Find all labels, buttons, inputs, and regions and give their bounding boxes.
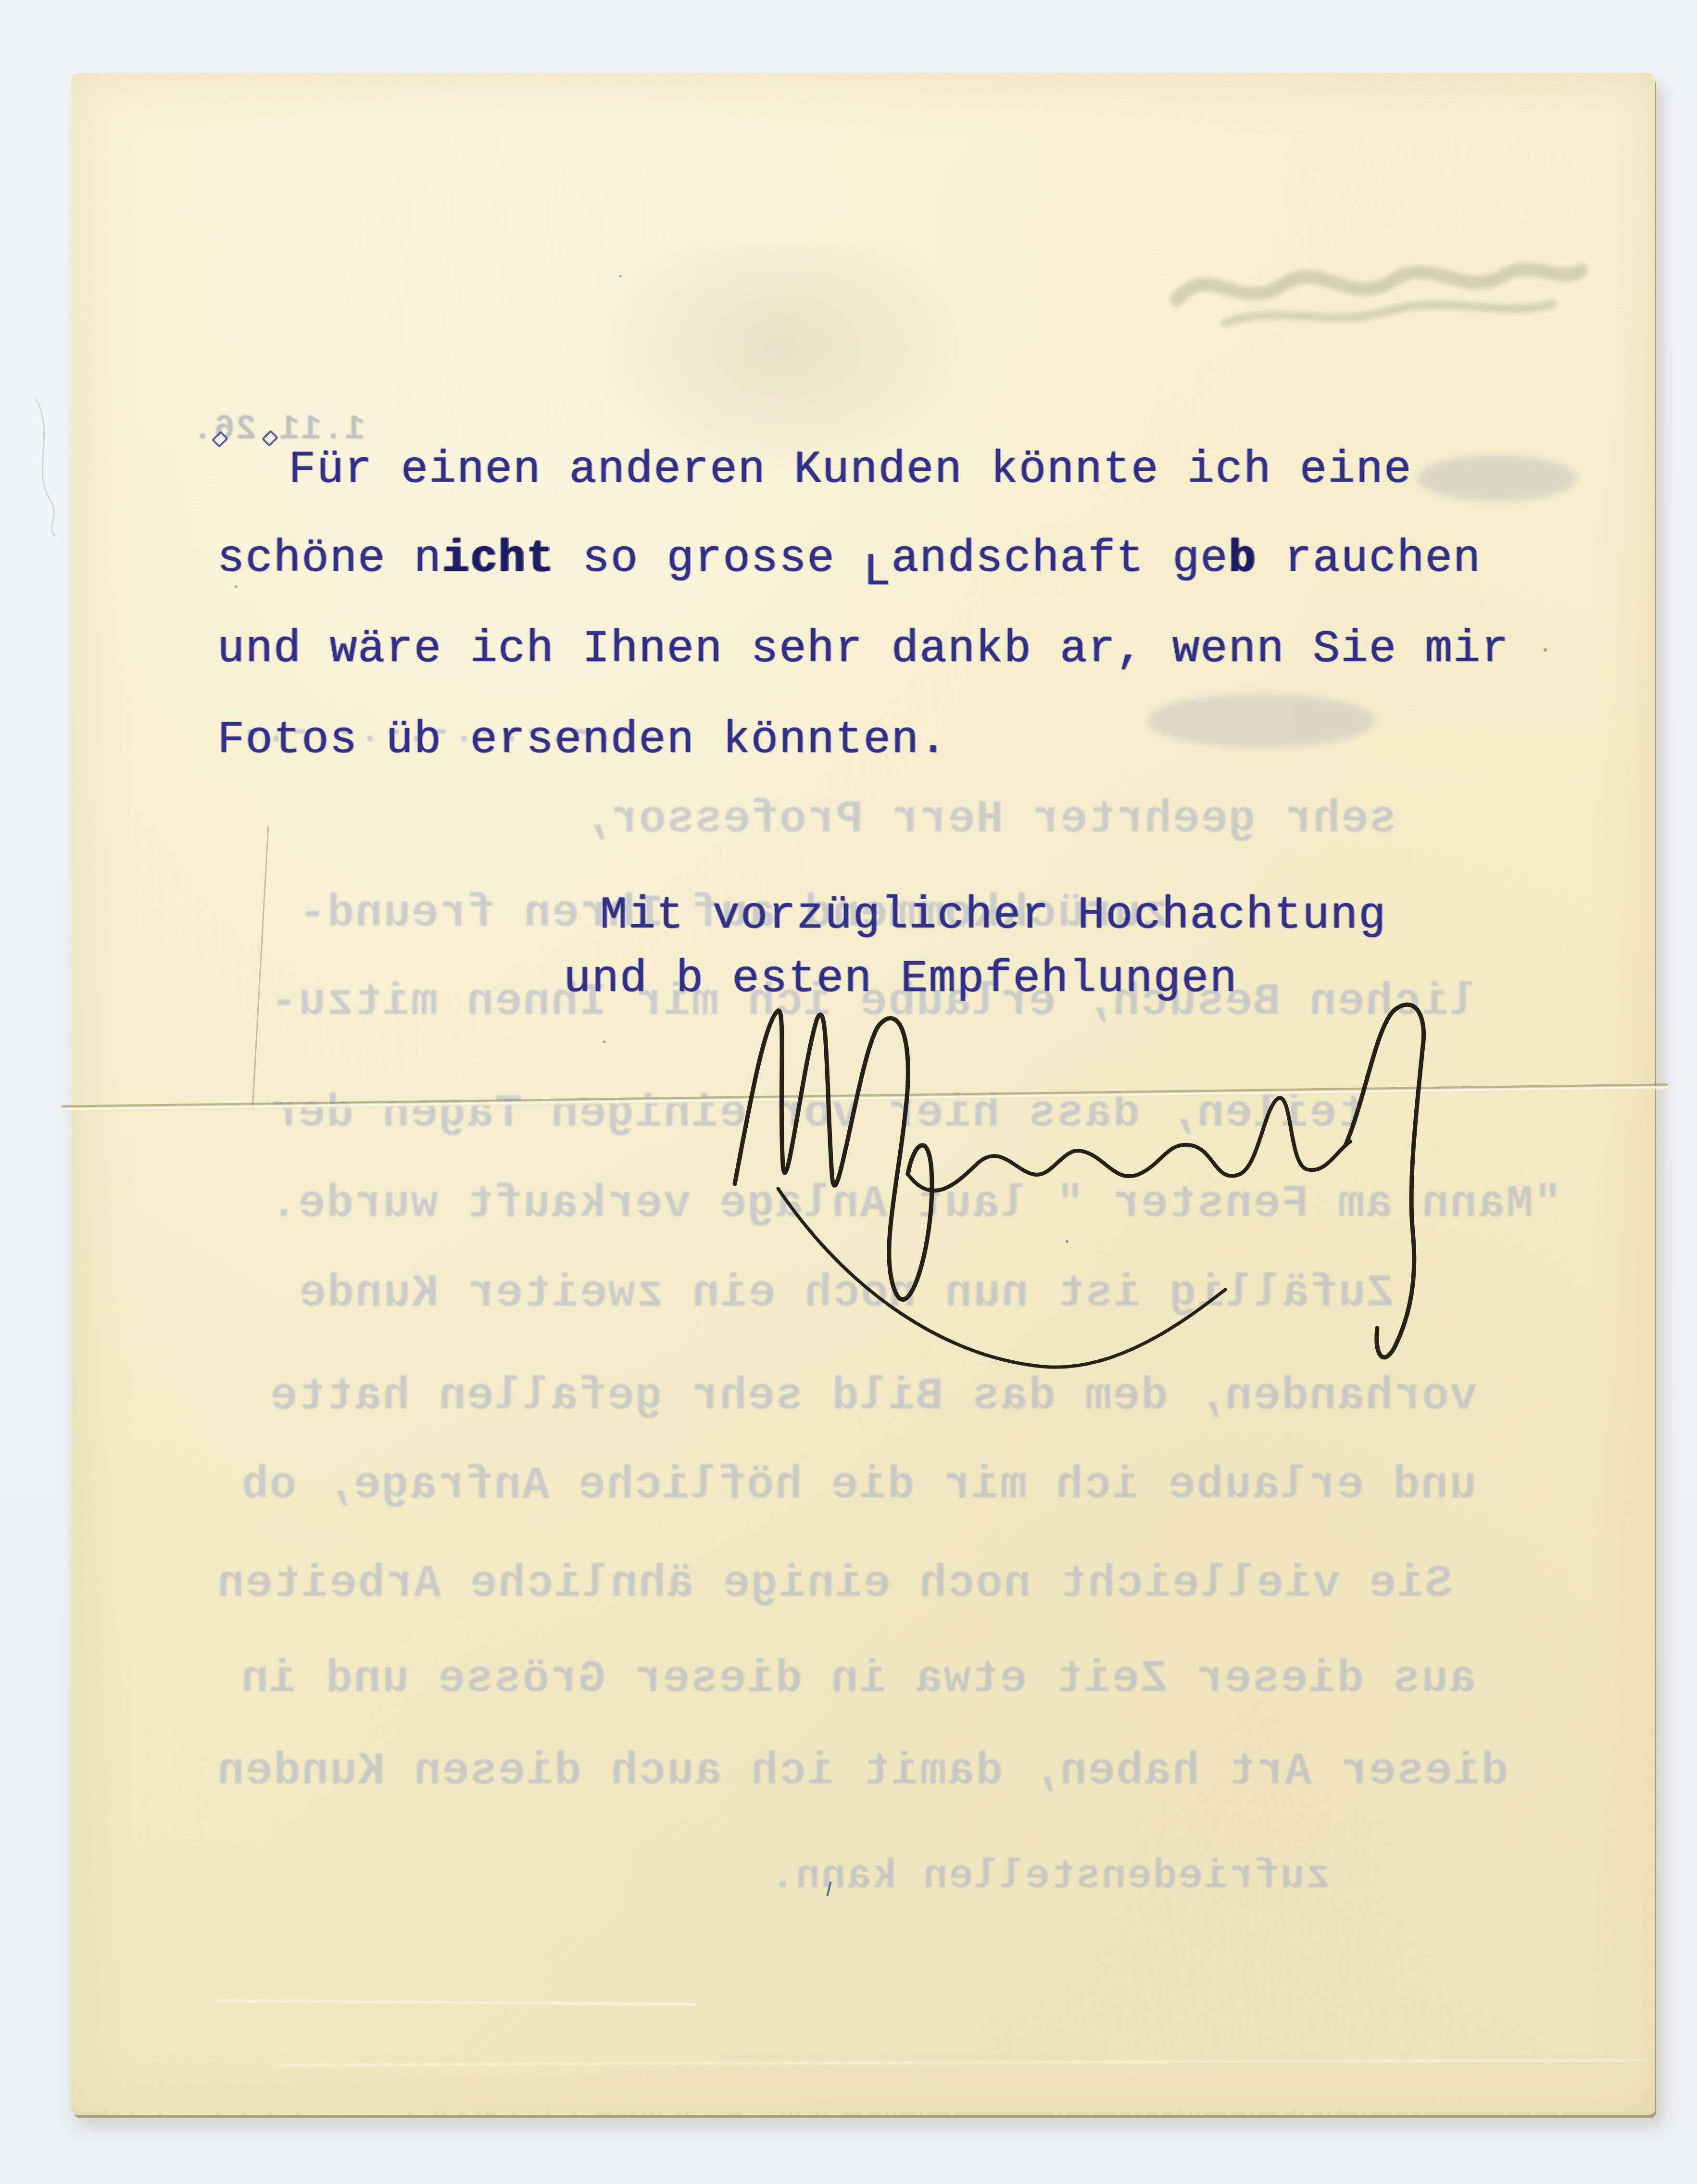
typed-text: schöne n: [217, 534, 442, 585]
letter-paper-sheet: 1.11.26.-.-.-.-.-.-.-.-.-.-sehr geehrter…: [71, 73, 1655, 2115]
paper-speck: [235, 585, 238, 588]
typed-text: rauchen: [1257, 534, 1481, 585]
illegible-handwriting-ghost: [1168, 217, 1591, 347]
typed-line-3: und wäre ich Ihnen sehr dankb ar, wenn S…: [217, 624, 1509, 675]
showthrough-smudge: [1148, 694, 1374, 747]
letterhead-showthrough-ghost: [600, 246, 961, 467]
showthrough-line-12: dieser Art haben, damit ich auch diesen …: [216, 1746, 1508, 1797]
typed-line-2: schöne nicht so grosse Landschaft geb ra…: [217, 534, 1481, 585]
typed-line-5: Mit vorzüglicher Hochachtung: [600, 891, 1386, 941]
typed-text: andschaft ge: [892, 534, 1229, 585]
typed-text: Mit vorzüglicher Hochachtung: [600, 891, 1386, 941]
showthrough-line-2: sehr geehrter Herr Professor,: [582, 794, 1396, 845]
scanned-letter-page: 1.11.26.-.-.-.-.-.-.-.-.-.-sehr geehrter…: [0, 0, 1697, 2184]
typed-text: Für einen anderen Kunden könnte ich eine: [289, 445, 1412, 496]
paper-speck: [619, 275, 622, 277]
showthrough-line-10: Sie vielleicht noch einige ähnliche Arbe…: [216, 1559, 1452, 1610]
typed-line-4: Fotos üb ersenden könnten.: [217, 715, 948, 766]
showthrough-line-11: aus dieser Zeit etwa in dieser Grösse un…: [240, 1654, 1476, 1705]
showthrough-line-9: und erlaube ich mir die höfliche Anfrage…: [240, 1460, 1476, 1511]
showthrough-smudge: [1418, 455, 1576, 501]
typed-line-1: Für einen anderen Kunden könnte ich eine: [289, 445, 1412, 496]
handwritten-signature: [706, 982, 1523, 1439]
scanner-hair-artifact: [26, 394, 84, 539]
paper-speck: [1544, 648, 1547, 652]
overstruck-text: b: [1229, 534, 1257, 585]
typed-text: so grosse: [554, 534, 864, 585]
showthrough-line-13: zufriedenstellen kann.: [769, 1853, 1330, 1900]
overstruck-text: icht: [442, 534, 554, 585]
typed-text: Fotos üb ersenden könnten.: [217, 715, 948, 766]
typed-text: und wäre ich Ihnen sehr dankb ar, wenn S…: [217, 624, 1509, 675]
paper-speck: [603, 1041, 605, 1043]
dropped-character: L: [863, 547, 891, 598]
